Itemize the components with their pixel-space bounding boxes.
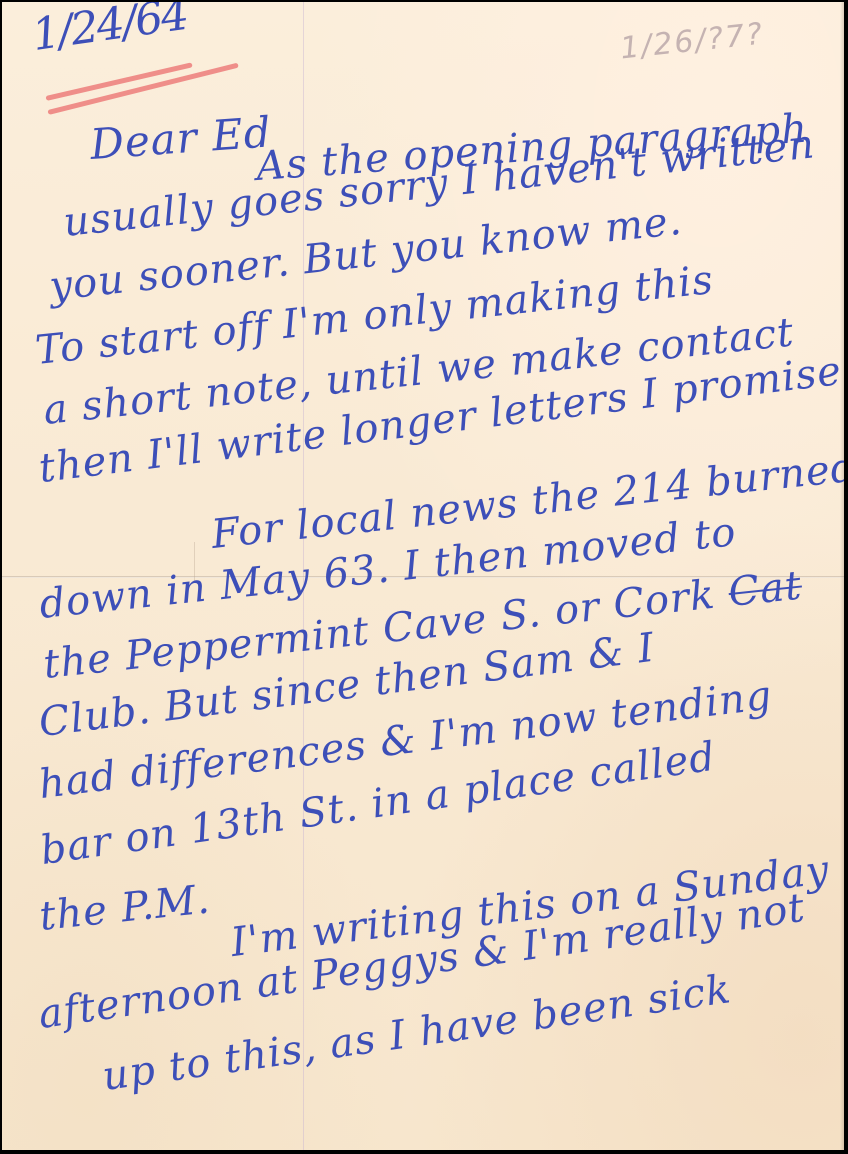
letter-page: 1/24/64 1/26/?7? Dear Ed As the opening … [2, 2, 844, 1150]
struck-out-word: Cat [726, 563, 804, 616]
salutation: Dear Ed [89, 107, 274, 169]
pencil-archive-note: 1/26/?7? [619, 17, 766, 67]
paper-edge-shadow [840, 2, 844, 1150]
letter-line: the P.M. [37, 876, 212, 940]
letter-date: 1/24/64 [29, 2, 190, 61]
